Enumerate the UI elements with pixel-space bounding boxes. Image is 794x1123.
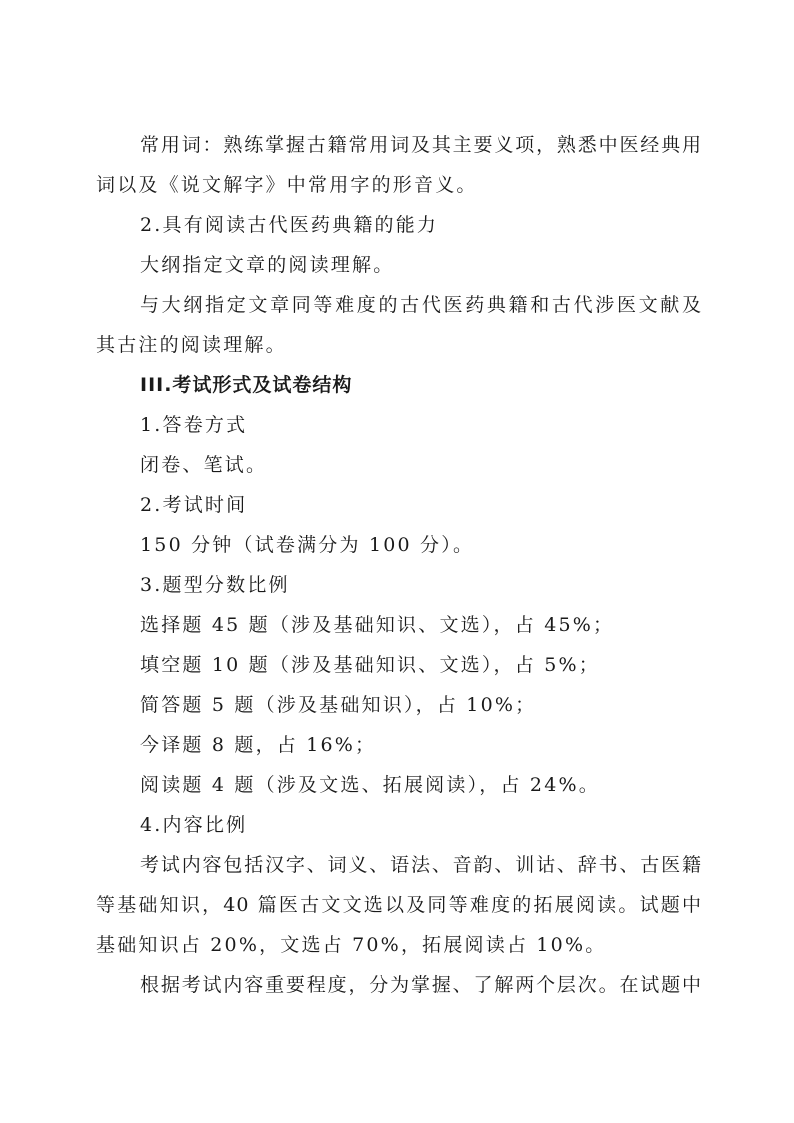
text-answer-method: 闭卷、笔试。: [96, 445, 702, 485]
question-type-translation: 今译题 8 题，占 16%；: [96, 725, 702, 765]
subheading-content-ratio: 4.内容比例: [96, 805, 702, 845]
question-type-multiple-choice: 选择题 45 题（涉及基础知识、文选），占 45%；: [96, 605, 702, 645]
paragraph-common-words-line1: 常用词：熟练掌握古籍常用词及其主要义项，熟悉中医经典用: [96, 125, 702, 165]
subheading-exam-time: 2.考试时间: [96, 485, 702, 525]
text-exam-time: 150 分钟（试卷满分为 100 分）。: [96, 525, 702, 565]
question-type-fill-blank: 填空题 10 题（涉及基础知识、文选），占 5%；: [96, 645, 702, 685]
paragraph-equivalent-texts-line2: 其古注的阅读理解。: [96, 325, 702, 365]
subheading-answer-method: 1.答卷方式: [96, 405, 702, 445]
paragraph-levels-line1: 根据考试内容重要程度，分为掌握、了解两个层次。在试题中: [96, 965, 702, 1005]
section-heading-exam-format: III.考试形式及试卷结构: [96, 365, 702, 405]
paragraph-common-words-line2: 词以及《说文解字》中常用字的形音义。: [96, 165, 702, 205]
item-reading-ability-heading: 2.具有阅读古代医药典籍的能力: [96, 205, 702, 245]
document-body: 常用词：熟练掌握古籍常用词及其主要义项，熟悉中医经典用 词以及《说文解字》中常用…: [96, 125, 702, 1005]
question-type-short-answer: 简答题 5 题（涉及基础知识），占 10%；: [96, 685, 702, 725]
subheading-question-types: 3.题型分数比例: [96, 565, 702, 605]
paragraph-content-line1: 考试内容包括汉字、词义、语法、音韵、训诂、辞书、古医籍: [96, 845, 702, 885]
question-type-reading: 阅读题 4 题（涉及文选、拓展阅读），占 24%。: [96, 765, 702, 805]
paragraph-content-line3: 基础知识占 20%，文选占 70%，拓展阅读占 10%。: [96, 925, 702, 965]
document-page: 常用词：熟练掌握古籍常用词及其主要义项，熟悉中医经典用 词以及《说文解字》中常用…: [0, 0, 794, 1123]
paragraph-outline-articles: 大纲指定文章的阅读理解。: [96, 245, 702, 285]
paragraph-content-line2: 等基础知识，40 篇医古文文选以及同等难度的拓展阅读。试题中: [96, 885, 702, 925]
paragraph-equivalent-texts-line1: 与大纲指定文章同等难度的古代医药典籍和古代涉医文献及: [96, 285, 702, 325]
